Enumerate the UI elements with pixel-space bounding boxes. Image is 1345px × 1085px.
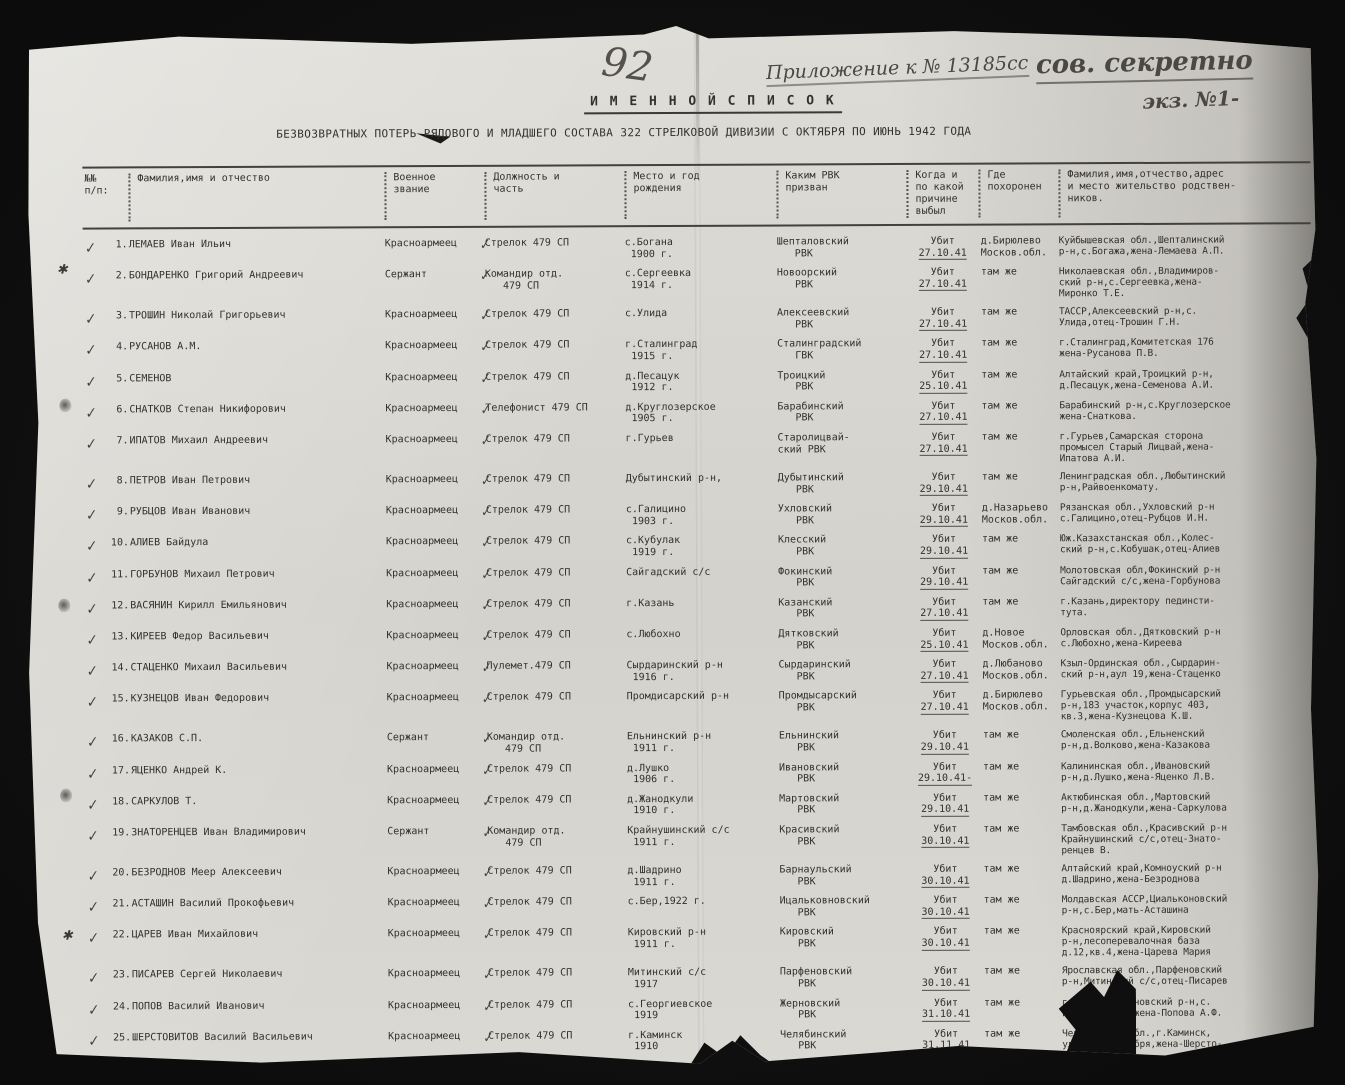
pencil-tick-icon: ✓: [482, 731, 493, 749]
pencil-tick-icon: ✓: [480, 308, 491, 326]
burial-cell: там же: [981, 823, 1061, 856]
position-cell: Телефонист 479 СП: [485, 402, 625, 427]
checkmark-icon: ✓: [85, 404, 97, 422]
family-cell: Актюбинская обл.,Мартовский р-н,д.Жанодк…: [1061, 791, 1313, 816]
family-cell: Рязанская обл.,Ухловский р-н с.Галицино,…: [1060, 501, 1312, 526]
rank-cell: Красноармеец✓: [387, 866, 487, 891]
pencil-tick-icon: ✓: [481, 660, 492, 678]
row-number-cell: ✓12.: [84, 600, 130, 624]
rank-cell: Сержант✓: [387, 826, 487, 859]
rank-cell: Красноармеец✓: [386, 567, 486, 592]
rvk-cell: Барабинский РВК: [777, 401, 907, 426]
row-number-cell: ✓24.: [86, 1001, 132, 1025]
table-row: ✓1. ЛЕМАЕВ Иван Ильич Красноармеец✓ Стре…: [83, 234, 1311, 264]
fate-date: 27.10.41: [919, 350, 967, 363]
name-cell: АЛИЕВ Байдула: [130, 537, 386, 562]
pencil-tick-icon: ✓: [480, 433, 491, 451]
table-row: ✓14. СТАЦЕНКО Михаил Васильевич Красноар…: [85, 657, 1313, 687]
checkmark-icon: ✓: [86, 600, 98, 618]
row-number: 20.: [112, 867, 130, 878]
birthplace-cell: с.Бер,1922 г.: [628, 896, 780, 921]
family-cell: Алтайский край,Троицкий р-н, д.Песацук,ж…: [1059, 368, 1311, 393]
position-cell: Стрелок 479 СП: [486, 536, 626, 561]
pencil-tick-icon: ✓: [483, 998, 494, 1016]
row-number-cell: ✓19.: [85, 827, 131, 860]
rvk-cell: Жерновский РВК: [780, 998, 910, 1023]
fate-status: Убит: [931, 338, 955, 349]
fate-status: Убит: [931, 307, 955, 318]
pencil-tick-icon: ✓: [481, 597, 492, 615]
fate-date: 27.10.41: [919, 278, 967, 291]
fate-status: Убит: [933, 690, 957, 701]
pencil-tick-icon: ✓: [480, 370, 491, 388]
row-number: 23.: [113, 970, 131, 981]
table-row: ✓6. СНАТКОВ Степан Никифорович Красноарм…: [83, 399, 1311, 429]
row-number-cell: ✓8.: [84, 475, 130, 499]
row-number-cell: ✓10.: [84, 538, 130, 562]
row-number-cell: ✓23.: [86, 970, 132, 994]
birthplace-cell: г.Казань: [626, 597, 778, 622]
birthplace-cell: Промдисарский р-н: [627, 691, 779, 725]
name-cell: ПИСАРЕВ Сергей Николаевич: [132, 969, 388, 994]
fate-date: 29.10.41: [921, 742, 969, 755]
rvk-cell: Красивский РВК: [779, 824, 909, 858]
header-name: Фамилия,имя и отчество: [128, 172, 384, 221]
family-cell: Смоленская обл.,Ельненский р-н,д.Волково…: [1061, 729, 1313, 754]
rvk-cell: Ицальковновский РВК: [780, 895, 910, 920]
row-number-cell: ✓5.: [83, 373, 129, 397]
table-row: ✓20. БЕЗРОДНОВ Меер Алексеевич Красноарм…: [85, 862, 1313, 892]
rvk-cell: Казанский РВК: [778, 597, 908, 622]
burial-cell: д.Бирюлево Москов.обл.: [979, 235, 1059, 260]
name-cell: ЗНАТОРЕНЦЕВ Иван Владимирович: [131, 826, 387, 860]
position-cell: Стрелок 479 СП: [487, 692, 627, 726]
burial-cell: д.Новое Москов.обл.: [980, 627, 1060, 652]
family-cell: Красноярский край,Кировский р-н,лесопере…: [1062, 925, 1314, 959]
row-number-cell: ✓6.: [83, 404, 129, 428]
burial-cell: там же: [981, 792, 1061, 817]
row-number: 11.: [111, 569, 129, 580]
rank-cell: Красноармеец✓: [385, 403, 485, 428]
row-number: 5.: [116, 373, 128, 384]
rvk-cell: Фокинский РВК: [778, 566, 908, 591]
fate-date: 27.10.41: [921, 702, 969, 715]
row-number: 18.: [112, 796, 130, 807]
row-number: 1.: [116, 239, 128, 250]
row-number-cell: ✓11.: [84, 569, 130, 593]
row-number: 15.: [112, 694, 130, 705]
rvk-cell: Сырдаринский РВК: [779, 659, 909, 684]
pencil-tick-icon: ✓: [482, 865, 493, 883]
header-rank: Военное звание: [384, 172, 484, 220]
pencil-tick-icon: ✓: [482, 793, 493, 811]
table-row: ✓3. ТРОШИН Николай Григорьевич Красноарм…: [83, 305, 1311, 335]
row-number: 3.: [116, 311, 128, 322]
birthplace-cell: д.Жанодкули 1910 г.: [627, 793, 779, 818]
fate-date: 29.10.41: [920, 515, 968, 528]
pencil-tick-icon: ✓: [480, 339, 491, 357]
fate-date: 27.10.41: [920, 670, 968, 683]
table-row: ✓9. РУБЦОВ Иван Иванович Красноармеец✓ С…: [84, 501, 1312, 531]
pencil-tick-icon: ✓: [483, 927, 494, 945]
fate-date: 29.10.41: [921, 804, 969, 817]
pencil-tick-icon: ✓: [481, 566, 492, 584]
fate-status: Убит: [931, 369, 955, 380]
row-number-cell: ✓15.: [85, 694, 131, 727]
name-cell: САРКУЛОВ Т.: [131, 795, 387, 820]
fate-cell: Убит29.10.41: [909, 792, 981, 817]
rank-cell: Красноармеец✓: [386, 630, 486, 655]
burial-cell: там же: [980, 471, 1060, 496]
position-cell: Командир отд. 479 СП: [487, 732, 627, 757]
checkmark-icon: ✓: [85, 373, 97, 391]
header-position: Должность и часть: [484, 171, 624, 220]
pencil-tick-icon: ✓: [480, 268, 491, 286]
name-cell: СЕМЕНОВ: [129, 372, 385, 397]
rvk-cell: Ельнинский РВК: [779, 730, 909, 755]
rank-cell: Красноармеец✓: [388, 897, 488, 922]
rvk-cell: Парфеновский РВК: [780, 966, 910, 991]
row-number: 9.: [117, 507, 129, 518]
name-cell: ЦАРЕВ Иван Михайлович: [132, 929, 388, 963]
burial-cell: там же: [982, 926, 1062, 959]
burial-cell: там же: [980, 431, 1060, 464]
fate-status: Убит: [932, 659, 956, 670]
rank-cell: Красноармеец✓: [386, 599, 486, 624]
checkmark-icon: ✓: [87, 827, 99, 845]
copy-number-note: экз. №1-: [1142, 86, 1240, 114]
family-cell: г.Гурьев,Самарская сторона промысел Стар…: [1060, 430, 1312, 464]
checkmark-icon: ✓: [86, 475, 98, 493]
fate-date: 27.10.41: [919, 412, 967, 425]
checkmark-icon: ✓: [87, 930, 99, 948]
fate-status: Убит: [932, 534, 956, 545]
fate-cell: Убит27.10.41: [909, 690, 981, 723]
fate-cell: Убит27.10.41: [907, 338, 979, 363]
fate-status: Убит: [931, 401, 955, 412]
family-cell: Орловская обл.,Дятковский р-н с.Любохно,…: [1060, 626, 1312, 651]
table-row: ✓7. ИПАТОВ Михаил Андреевич Красноармеец…: [84, 430, 1312, 468]
pencil-tick-icon: ✓: [483, 967, 494, 985]
rvk-cell: Алексеевский РВК: [777, 307, 907, 332]
row-number: 14.: [111, 663, 129, 674]
family-cell: Калининская обл.,Ивановский р-н,д.Лушко,…: [1061, 760, 1313, 785]
document-title: И М Е Н Н О Й С П И С О К: [584, 93, 842, 114]
family-cell: Кзыл-Ординская обл.,Сырдарин- ский р-н,а…: [1060, 657, 1312, 682]
row-number: 24.: [113, 1001, 131, 1012]
row-number-cell: ✓13.: [84, 631, 130, 655]
position-cell: Стрелок 479 СП: [486, 504, 626, 529]
punch-hole: [59, 399, 71, 413]
birthplace-cell: Дубытинский р-н,: [626, 473, 778, 498]
position-cell: Стрелок 479 СП: [485, 371, 625, 396]
fate-cell: Убит27.10.41: [907, 400, 979, 425]
fate-cell: Убит29.10.41: [909, 730, 981, 755]
fate-status: Убит: [931, 432, 955, 443]
rank-cell: Красноармеец✓: [386, 474, 486, 499]
burial-cell: там же: [982, 997, 1062, 1022]
table-row: ✓13. КИРЕЕВ Федор Васильевич Красноармее…: [84, 626, 1312, 656]
fate-status: Убит: [932, 503, 956, 514]
position-cell: Командир отд. 479 СП: [487, 825, 627, 859]
fate-cell: Убит29.10.41: [908, 503, 980, 528]
family-cell: Куйбышевская обл.,Шепталинский р-н,с.Бог…: [1059, 234, 1311, 259]
rank-cell: Красноармеец✓: [385, 371, 485, 396]
position-cell: Стрелок 479 СП: [488, 968, 628, 993]
position-cell: Стрелок 479 СП: [486, 567, 626, 592]
burial-cell: д.Любаново Москов.обл.: [980, 658, 1060, 683]
casualty-table: №№ п/п: Фамилия,имя и отчество Военное з…: [82, 161, 1314, 1072]
birthplace-cell: с.Богана 1900 г.: [625, 237, 777, 262]
family-cell: Гурьевская обл.,Промдысарский р-н,183 уч…: [1061, 689, 1313, 723]
checkmark-icon: ✓: [88, 1032, 100, 1050]
pencil-tick-icon: ✓: [481, 535, 492, 553]
name-cell: СНАТКОВ Степан Никифорович: [129, 403, 385, 428]
row-number-cell: ✓16.: [85, 734, 131, 758]
fate-cell: Убит27.10.41: [908, 596, 980, 621]
rank-cell: Сержант✓: [387, 732, 487, 757]
fate-date: 30.10.41: [921, 906, 969, 919]
table-row: ✓2. БОНДАРЕНКО Григорий Андреевич Сержан…: [83, 265, 1311, 303]
row-number: 16.: [112, 734, 130, 745]
burial-cell: там же: [981, 761, 1061, 786]
birthplace-cell: Кировский р-н 1911 г.: [628, 927, 780, 961]
fate-status: Убит: [934, 1029, 958, 1040]
table-row: ✓15. КУЗНЕЦОВ Иван Федорович Красноармее…: [85, 689, 1313, 727]
family-cell: Тамбовская обл.,Красивский р-н Крайнушин…: [1061, 822, 1313, 856]
family-cell: Николаевская обл.,Владимиров- ский р-н,с…: [1059, 265, 1311, 299]
fate-status: Убит: [933, 761, 957, 772]
birthplace-cell: д.Лушко 1906 г.: [627, 762, 779, 787]
name-cell: БОНДАРЕНКО Григорий Андреевич: [129, 269, 385, 303]
burial-cell: там же: [980, 596, 1060, 621]
fate-cell: Убит27.10.41: [907, 267, 979, 300]
position-cell: Стрелок 479 СП: [485, 237, 625, 262]
name-cell: РУБЦОВ Иван Иванович: [130, 505, 386, 530]
burial-cell: там же: [979, 266, 1059, 299]
row-number-cell: ✓22.: [86, 930, 132, 963]
family-cell: Алтайский край,Комноуский р-н д.Шадрино,…: [1061, 862, 1313, 887]
pencil-tick-icon: ✓: [482, 691, 493, 709]
fate-date: 30.10.41: [921, 875, 969, 888]
birthplace-cell: Крайнушинский с/с 1911 г.: [627, 824, 779, 858]
checkmark-icon: ✓: [86, 631, 98, 649]
burial-cell: там же: [980, 565, 1060, 590]
fate-status: Убит: [933, 730, 957, 741]
birthplace-cell: д.Песацук 1912 г.: [625, 370, 777, 395]
header-family: Фамилия,имя,отчество,адрес и место жител…: [1058, 168, 1310, 217]
rank-cell: Красноармеец✓: [387, 763, 487, 788]
fate-date: 29.10.41-: [918, 773, 972, 786]
name-cell: РУСАНОВ А.М.: [129, 341, 385, 366]
pencil-tick-icon: ✓: [480, 401, 491, 419]
fate-status: Убит: [933, 895, 957, 906]
rank-cell: Красноармеец✓: [386, 505, 486, 530]
fate-status: Убит: [933, 864, 957, 875]
burial-cell: там же: [979, 369, 1059, 394]
birthplace-cell: Ельнинский р-н 1911 г.: [627, 731, 779, 756]
name-cell: БЕЗРОДНОВ Меер Алексеевич: [131, 866, 387, 891]
fate-date: 27.10.41: [919, 443, 967, 456]
fate-status: Убит: [932, 472, 956, 483]
birthplace-cell: д.Круглозерское 1905 г.: [625, 401, 777, 426]
table-body: ✓1. ЛЕМАЕВ Иван Ильич Красноармеец✓ Стре…: [83, 224, 1315, 1065]
fate-status: Убит: [933, 793, 957, 804]
row-number-cell: ✓14.: [85, 663, 131, 687]
checkmark-icon: ✓: [86, 694, 98, 712]
checkmark-icon: ✓: [87, 734, 99, 752]
checkmark-icon: ✓: [88, 1001, 100, 1019]
punch-hole: [60, 789, 72, 803]
rvk-cell: Шепталовский РВК: [777, 236, 907, 261]
fate-cell: Убит30.10.41: [910, 926, 982, 959]
name-cell: ГОРБУНОВ Михаил Петрович: [130, 568, 386, 593]
fate-status: Убит: [931, 267, 955, 278]
birthplace-cell: с.Георгиевское 1919: [628, 998, 780, 1023]
rvk-cell: Новоорский РВК: [777, 267, 907, 301]
rvk-cell: Дубытинский РВК: [778, 472, 908, 497]
position-cell: Стрелок 479 СП: [485, 308, 625, 333]
row-number: 17.: [112, 765, 130, 776]
row-number: 8.: [117, 475, 129, 486]
checkmark-icon: ✓: [85, 311, 97, 329]
checkmark-icon: ✓: [87, 796, 99, 814]
rank-cell: Красноармеец✓: [388, 999, 488, 1024]
table-row: ✓12. ВАСЯНИН Кирилл Емильянович Красноар…: [84, 595, 1312, 625]
rank-cell: Красноармеец✓: [387, 795, 487, 820]
burial-cell: д.Назарьево Москов.обл.: [980, 503, 1060, 528]
document-page: ✱ ✱ 92 Приложение к № 13185сс сов. секре…: [24, 21, 1321, 1069]
header-rvk: Каким РВК призван: [776, 170, 906, 219]
fate-date: 27.10.41: [919, 319, 967, 332]
rank-cell: Красноармеец✓: [385, 340, 485, 365]
rank-cell: Красноармеец✓: [386, 434, 486, 467]
row-number-cell: ✓4.: [83, 342, 129, 366]
family-cell: Юж.Казахстанская обл.,Колес- ский р-н,с.…: [1060, 533, 1312, 558]
rank-cell: Красноармеец✓: [387, 692, 487, 725]
name-cell: КУЗНЕЦОВ Иван Федорович: [131, 693, 387, 727]
row-number-cell: ✓20.: [85, 867, 131, 891]
checkmark-icon: ✓: [85, 271, 97, 289]
rank-cell: Красноармеец✓: [387, 661, 487, 686]
family-cell: г.Сталинград,Комитетская 176 жена-Русано…: [1059, 337, 1311, 362]
fate-cell: Убит29.10.41: [908, 565, 980, 590]
fate-cell: Убит29.10.41: [908, 534, 980, 559]
table-row: ✓8. ПЕТРОВ Иван Петрович Красноармеец✓ С…: [84, 470, 1312, 500]
rvk-cell: Дятковский РВК: [778, 628, 908, 653]
burial-cell: д.Бирюлево Москов.обл.: [981, 690, 1061, 723]
row-number: 19.: [112, 827, 130, 838]
name-cell: ЛЕМАЕВ Иван Ильич: [129, 238, 385, 263]
rvk-cell: Кировский РВК: [780, 926, 910, 960]
table-row: ✓11. ГОРБУНОВ Михаил Петрович Красноарме…: [84, 564, 1312, 594]
burial-cell: там же: [982, 966, 1062, 991]
checkmark-icon: ✓: [86, 538, 98, 556]
punch-hole: [58, 599, 70, 613]
rvk-cell: Клесский РВК: [778, 534, 908, 559]
birthplace-cell: с.Галицино 1903 г.: [626, 504, 778, 529]
table-row: ✓22. ЦАРЕВ Иван Михайлович Красноармеец✓…: [86, 925, 1314, 963]
rank-cell: Красноармеец✓: [385, 238, 485, 263]
position-cell: Стрелок 479 СП: [487, 865, 627, 890]
position-cell: Стрелок 479 СП: [487, 763, 627, 788]
checkmark-icon: ✓: [85, 342, 97, 360]
fate-cell: Убит30.10.41: [910, 895, 982, 920]
family-cell: Молдавская АССР,Циальконовский р-н,с.Бер…: [1062, 893, 1314, 918]
row-number: 21.: [112, 899, 130, 910]
fate-status: Убит: [932, 597, 956, 608]
rvk-cell: Мартовский РВК: [779, 793, 909, 818]
fate-cell: Убит29.10.41-: [909, 761, 981, 786]
table-row: ✓17. ЯЦЕНКО Андрей К. Красноармеец✓ Стре…: [85, 760, 1313, 790]
row-number-cell: ✓2.: [83, 271, 129, 304]
pencil-tick-icon: ✓: [481, 504, 492, 522]
fate-date: 29.10.41: [920, 546, 968, 559]
row-number: 2.: [116, 271, 128, 282]
family-cell: Барабинский р-н,с.Круглозерское жена-Сна…: [1059, 399, 1311, 424]
rvk-cell: Сталинградский ГВК: [777, 338, 907, 363]
burial-cell: там же: [979, 338, 1059, 363]
position-cell: Стрелок 479 СП: [486, 433, 626, 467]
rank-cell: Красноармеец✓: [385, 309, 485, 334]
name-cell: ПЕТРОВ Иван Петрович: [130, 474, 386, 499]
pencil-tick-icon: ✓: [480, 237, 491, 255]
fate-date: 27.10.41: [919, 247, 967, 260]
table-row: ✓4. РУСАНОВ А.М. Красноармеец✓ Стрелок 4…: [83, 337, 1311, 367]
position-cell: Стрелок 479 СП: [486, 598, 626, 623]
fate-status: Убит: [933, 824, 957, 835]
burial-cell: там же: [981, 730, 1061, 755]
fate-cell: Убит30.10.41: [909, 864, 981, 889]
checkmark-icon: ✓: [86, 507, 98, 525]
family-cell: г.Казань,директору пединсти- тута.: [1060, 595, 1312, 620]
row-number: 12.: [111, 600, 129, 611]
rank-cell: Сержант✓: [385, 269, 485, 302]
position-cell: Стрелок 479 СП: [487, 794, 627, 819]
name-cell: ВАСЯНИН Кирилл Емильянович: [130, 599, 386, 624]
fate-date: 25.10.41: [920, 639, 968, 652]
fate-cell: Убит25.10.41: [908, 628, 980, 653]
rank-cell: Красноармеец✓: [386, 536, 486, 561]
header-birth: Место и год рождения: [624, 171, 776, 220]
burial-cell: там же: [980, 534, 1060, 559]
burial-cell: там же: [981, 863, 1061, 888]
row-number: 22.: [113, 930, 131, 941]
name-cell: ТРОШИН Николай Григорьевич: [129, 309, 385, 334]
pencil-tick-icon: ✓: [482, 896, 493, 914]
position-cell: Стрелок 479 СП: [488, 928, 628, 962]
fate-cell: Убит27.10.41: [909, 659, 981, 684]
position-cell: Командир отд. 479 СП: [485, 268, 625, 302]
rvk-cell: Ухловский РВК: [778, 503, 908, 528]
birthplace-cell: г.Гурьев: [626, 433, 778, 467]
checkmark-icon: ✓: [86, 569, 98, 587]
birthplace-cell: г.Сталинград 1915 г.: [625, 339, 777, 364]
family-cell: Ярославская обл.,Парфеновский р-н,Митинс…: [1062, 965, 1314, 990]
header-num: №№ п/п:: [82, 173, 128, 221]
fate-cell: Убит27.10.41: [908, 432, 980, 465]
secrecy-stamp: сов. секретно: [1036, 46, 1254, 85]
row-number-cell: ✓21.: [86, 899, 132, 923]
table-row: ✓18. САРКУЛОВ Т. Красноармеец✓ Стрелок 4…: [85, 791, 1313, 821]
name-cell: КИРЕЕВ Федор Васильевич: [130, 630, 386, 655]
pencil-tick-icon: ✓: [483, 1029, 494, 1047]
fate-date: 29.10.41: [920, 483, 968, 496]
birthplace-cell: Митинский с/с 1917: [628, 967, 780, 992]
position-cell: Стрелок 479 СП: [486, 629, 626, 654]
table-row: ✓21. АСТАШИН Василий Прокофьевич Красноа…: [86, 893, 1314, 923]
name-cell: ИПАТОВ Михаил Андреевич: [130, 434, 386, 468]
